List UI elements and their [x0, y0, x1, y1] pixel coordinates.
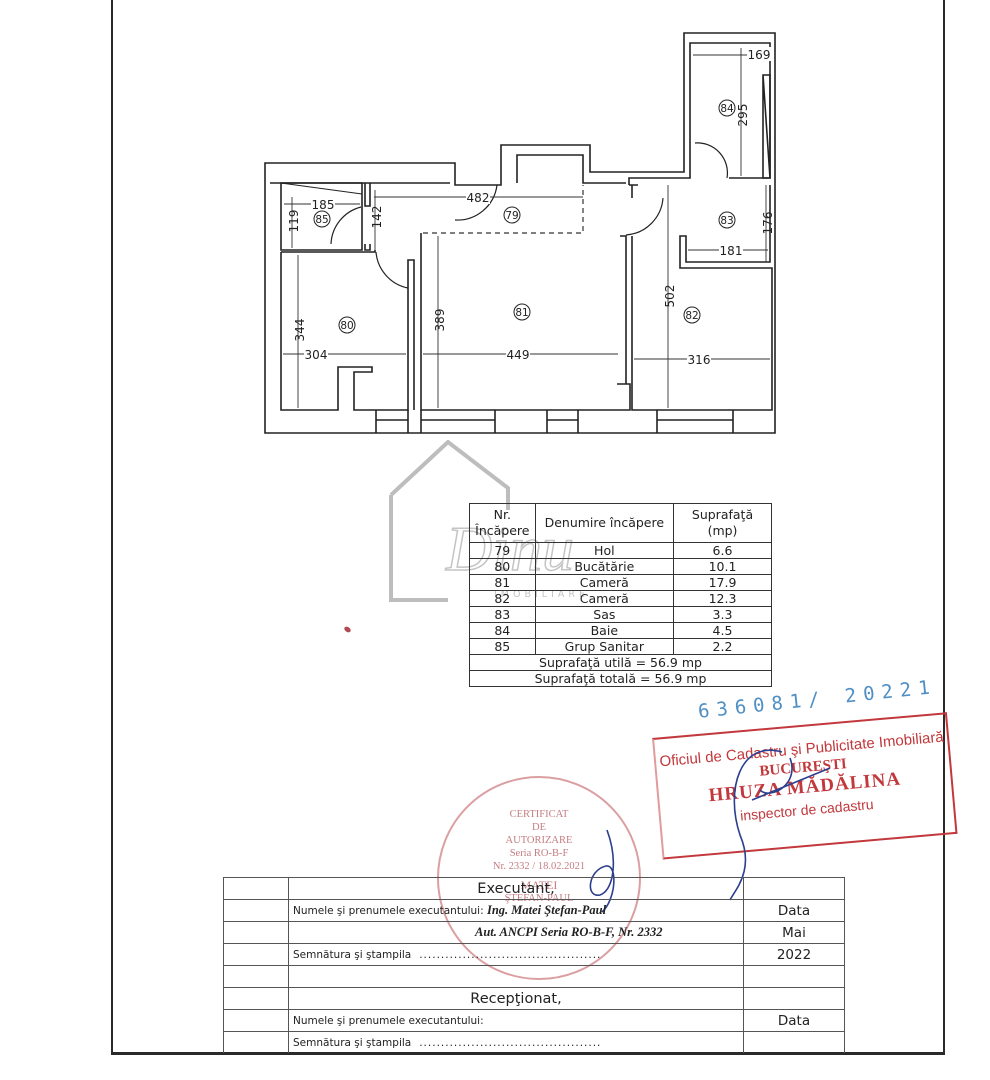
dim-176: 176 [761, 212, 775, 235]
room-label-79: 79 [505, 210, 518, 222]
table-row: 80Bucătărie10.1 [470, 559, 772, 575]
useful-area-total: Suprafaţă utilă = 56.9 mp [470, 655, 772, 671]
table-row: 85Grup Sanitar2.2 [470, 639, 772, 655]
table-row: 83Sas3.3 [470, 607, 772, 623]
dim-389: 389 [433, 309, 447, 332]
executant-date-year: 2022 [744, 944, 845, 966]
total-area: Suprafaţă totală = 56.9 mp [470, 671, 772, 687]
table-row: 81Cameră17.9 [470, 575, 772, 591]
ocpi-stamp: Oficiul de Cadastru şi Publicitate Imobi… [652, 712, 958, 859]
executant-heading: Executant, [289, 878, 744, 900]
dim-502: 502 [663, 285, 677, 308]
dim-169: 169 [748, 48, 771, 62]
receptionat-name-row: Numele şi prenumele executantului: [289, 1010, 744, 1032]
dim-181: 181 [720, 244, 743, 258]
header-area: Suprafaţă(mp) [674, 504, 772, 543]
page-bottom-border [111, 1053, 945, 1055]
dim-119: 119 [287, 210, 301, 233]
room-label-81: 81 [515, 307, 528, 319]
room-label-80: 80 [340, 320, 353, 332]
executant-signature-row: Semnătura şi ştampila...................… [289, 944, 744, 966]
receptionat-signature-row: Semnătura şi ştampila...................… [289, 1032, 744, 1054]
table-row: 84Baie4.5 [470, 623, 772, 639]
executant-name-row: Numele şi prenumele executantului: Ing. … [289, 900, 744, 922]
dim-316: 316 [688, 353, 711, 367]
dim-482: 482 [467, 191, 490, 205]
dim-344: 344 [293, 319, 307, 342]
dim-449: 449 [507, 348, 530, 362]
executant-date-label: Data [744, 900, 845, 922]
table-row: 79Hol6.6 [470, 543, 772, 559]
floor-plan: 169 295 176 181 482 185 119 142 344 304 … [0, 0, 990, 460]
dim-185: 185 [312, 198, 335, 212]
receptionat-heading: Recepţionat, [289, 988, 744, 1010]
receptionat-date-label: Data [744, 1010, 845, 1032]
room-label-83: 83 [720, 215, 733, 227]
dim-295: 295 [736, 104, 750, 127]
room-label-84: 84 [720, 103, 734, 115]
room-label-85: 85 [315, 214, 328, 226]
dim-304: 304 [305, 348, 328, 362]
signature-table: Executant, Numele şi prenumele executant… [223, 877, 845, 1054]
header-nr: Nr.Încăpere [470, 504, 536, 543]
rooms-table: Nr.Încăpere Denumire încăpere Suprafaţă(… [469, 503, 772, 687]
header-name: Denumire încăpere [535, 504, 673, 543]
table-row: 82Cameră12.3 [470, 591, 772, 607]
executant-date-month: Mai [744, 922, 845, 944]
room-label-82: 82 [685, 310, 698, 322]
executant-name: Ing. Matei Ştefan-Paul [487, 903, 606, 917]
dim-142: 142 [370, 206, 384, 229]
executant-authorization: Aut. ANCPI Seria RO-B-F, Nr. 2332 [475, 925, 663, 939]
